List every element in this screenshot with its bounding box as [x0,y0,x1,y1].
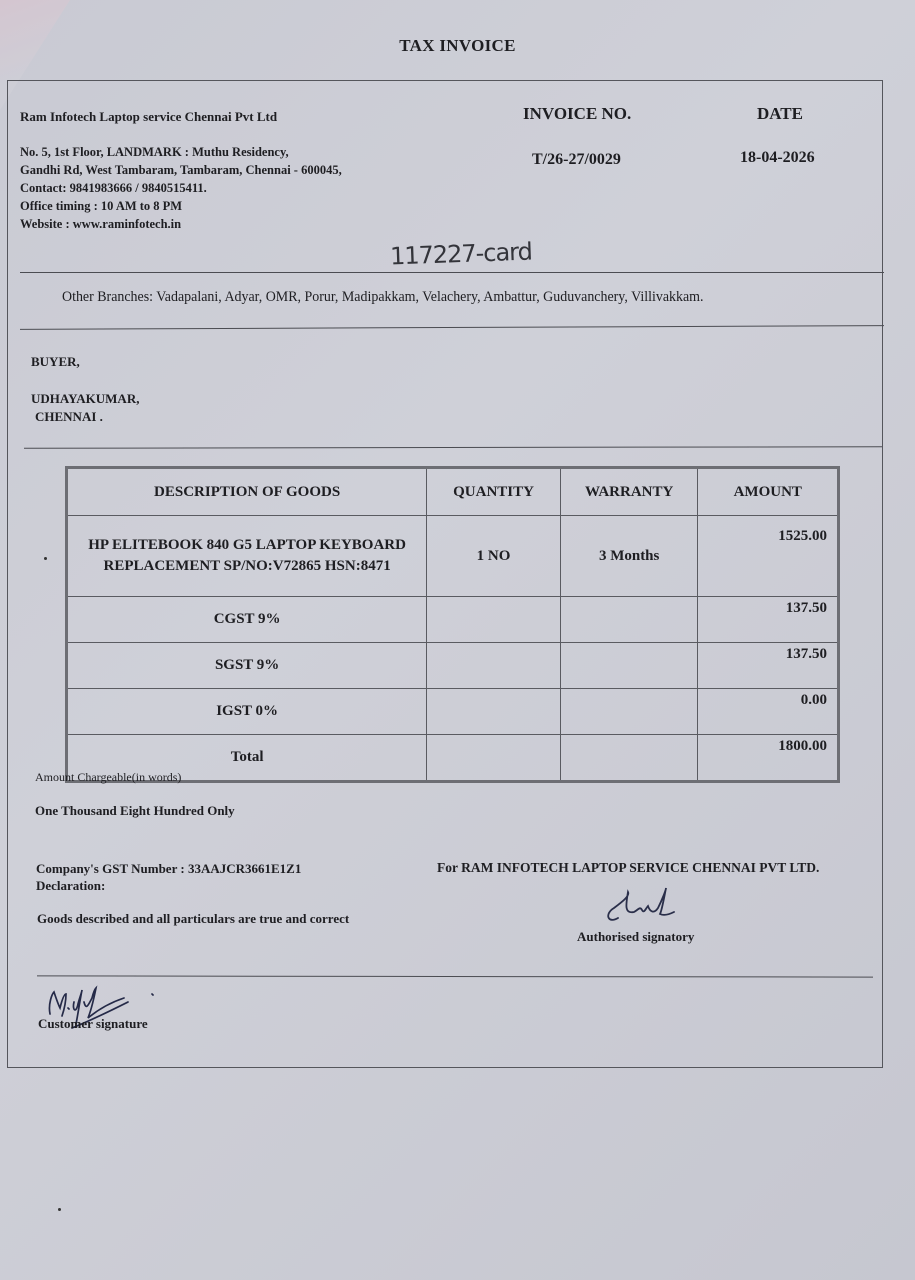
gst-number: Company's GST Number : 33AAJCR3661E1Z1 [36,861,301,877]
contact-line: Contact: 9841983666 / 9840515411. [20,179,342,197]
declaration-text: Goods described and all particulars are … [37,911,349,927]
website: Website : www.raminfotech.in [20,215,342,233]
buyer-details: UDHAYAKUMAR, CHENNAI . [31,390,139,426]
tax-row-sgst: SGST 9% 137.50 [67,643,839,689]
description-line: REPLACEMENT SP/NO:V72865 HSN:8471 [68,556,426,577]
header-warranty: WARRANTY [560,468,698,516]
empty-cell [560,597,698,643]
authorised-signatory-label: Authorised signatory [577,929,694,945]
tax-amount: 137.50 [698,643,839,689]
tax-label: IGST 0% [67,689,427,735]
item-quantity: 1 NO [427,516,561,597]
empty-cell [560,643,698,689]
handwritten-note: 117227-card [390,238,533,271]
buyer-label: BUYER, [31,354,80,370]
tax-label: SGST 9% [67,643,427,689]
office-timing: Office timing : 10 AM to 8 PM [20,197,342,215]
invoice-date: 18-04-2026 [740,149,815,167]
invoice-number: T/26-27/0029 [532,151,621,169]
goods-table: DESCRIPTION OF GOODS QUANTITY WARRANTY A… [65,466,840,783]
stray-mark [58,1208,61,1211]
other-branches: Other Branches: Vadapalani, Adyar, OMR, … [62,289,703,306]
address-line: Gandhi Rd, West Tambaram, Tambaram, Chen… [20,161,342,179]
empty-cell [427,689,561,735]
description-line: HP ELITEBOOK 840 G5 LAPTOP KEYBOARD [68,535,426,556]
empty-cell [560,735,698,782]
header-quantity: QUANTITY [427,468,561,516]
tax-amount: 0.00 [698,689,839,735]
for-company: For RAM INFOTECH LAPTOP SERVICE CHENNAI … [437,860,819,876]
total-row: Total 1800.00 [67,735,839,782]
total-amount: 1800.00 [698,735,839,782]
date-label: DATE [757,104,803,124]
stray-mark [44,557,47,560]
seller-name: Ram Infotech Laptop service Chennai Pvt … [20,109,277,125]
divider [20,272,884,273]
item-amount: 1525.00 [698,516,839,597]
header-amount: AMOUNT [698,468,839,516]
table-header-row: DESCRIPTION OF GOODS QUANTITY WARRANTY A… [67,468,839,516]
empty-cell [427,643,561,689]
buyer-city: CHENNAI . [31,408,139,426]
amount-in-words: One Thousand Eight Hundred Only [35,803,235,819]
tax-amount: 137.50 [698,597,839,643]
amount-words-label: Amount Chargeable(in words) [35,770,181,785]
tax-label: CGST 9% [67,597,427,643]
seller-address: No. 5, 1st Floor, LANDMARK : Muthu Resid… [20,143,342,233]
empty-cell [560,689,698,735]
item-description: HP ELITEBOOK 840 G5 LAPTOP KEYBOARD REPL… [67,516,427,597]
invoice-number-label: INVOICE NO. [523,104,631,124]
document-title: TAX INVOICE [0,36,915,56]
empty-cell [427,735,561,782]
address-line: No. 5, 1st Floor, LANDMARK : Muthu Resid… [20,143,342,161]
empty-cell [427,597,561,643]
declaration-label: Declaration: [36,878,105,894]
authorised-signature-mark [600,884,680,930]
customer-signature-label: Customer signature [38,1016,148,1032]
buyer-name: UDHAYAKUMAR, [31,390,139,408]
header-description: DESCRIPTION OF GOODS [67,468,427,516]
tax-row-igst: IGST 0% 0.00 [67,689,839,735]
table-row: HP ELITEBOOK 840 G5 LAPTOP KEYBOARD REPL… [67,516,839,597]
tax-row-cgst: CGST 9% 137.50 [67,597,839,643]
item-warranty: 3 Months [560,516,698,597]
